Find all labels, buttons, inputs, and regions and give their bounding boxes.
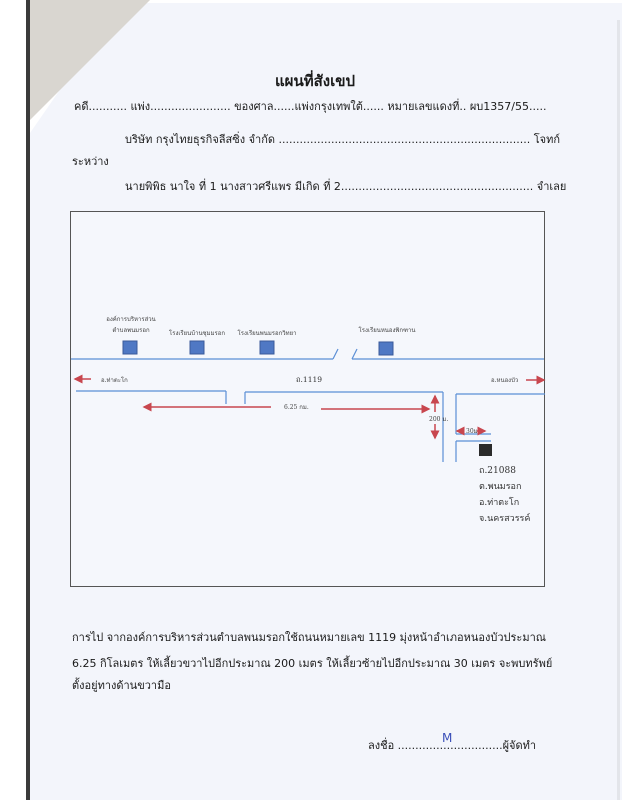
landmark-label: ตำบลพนมรอก	[112, 327, 150, 334]
road-left-label: อ.ท่าตะโก	[101, 376, 128, 384]
property-marker	[479, 444, 492, 456]
road-name: ถ.1119	[296, 375, 322, 384]
landmark-label: โรงเรียนบ้านซุมมรอก	[169, 329, 225, 337]
landmark-label: โรงเรียนพนมรอกวิทยา	[238, 329, 297, 337]
landmark-icon	[190, 341, 204, 354]
directions-line: ตั้งอยู่ทางด้านขวามือ	[72, 676, 171, 694]
defendant-line: นายพิพิธ นาใจ ที่ 1 นางสาวศรีแพร มีเกิด …	[125, 177, 566, 195]
property-address-line: ต.พนมรอก	[479, 482, 521, 492]
between-label: ระหว่าง	[72, 152, 109, 170]
landmark-icon	[379, 342, 393, 355]
directions-line: การไป จากองค์การบริหารส่วนตำบลพนมรอกใช้ถ…	[72, 628, 546, 646]
property-address-line: จ.นครสวรรค์	[479, 512, 530, 524]
map-canvas: องค์การบริหารส่วน ตำบลพนมรอก โรงเรียนบ้า…	[71, 212, 546, 588]
landmark-label: โรงเรียนหนองพิกฑาน	[359, 326, 416, 334]
directions-line: 6.25 กิโลเมตร ให้เลี้ยวขวาไปอีกประมาณ 20…	[72, 654, 552, 672]
distance-turn: 200 ม.	[429, 416, 448, 423]
road-right-label: อ.หนองบัว	[491, 377, 518, 384]
case-line: คดี........... แพ่ง.....................…	[74, 97, 546, 115]
landmark-icon	[123, 341, 137, 354]
page-edge	[617, 20, 620, 800]
scanner-edge	[26, 0, 30, 800]
property-address-line: อ.ท่าตะโก	[479, 497, 519, 508]
property-address-line: ถ.21088	[479, 466, 516, 476]
landmark-label: องค์การบริหารส่วน	[106, 315, 155, 323]
plaintiff-line: บริษัท กรุงไทยธุรกิจลีสซิ่ง จำกัด ......…	[125, 130, 560, 148]
landmark-icon	[260, 341, 274, 354]
page-title: แผนที่สังเขป	[0, 69, 630, 93]
distance-main: 6.25 กม.	[284, 404, 309, 411]
sketch-map: องค์การบริหารส่วน ตำบลพนมรอก โรงเรียนบ้า…	[70, 211, 545, 587]
signature-mark: M	[442, 731, 452, 745]
